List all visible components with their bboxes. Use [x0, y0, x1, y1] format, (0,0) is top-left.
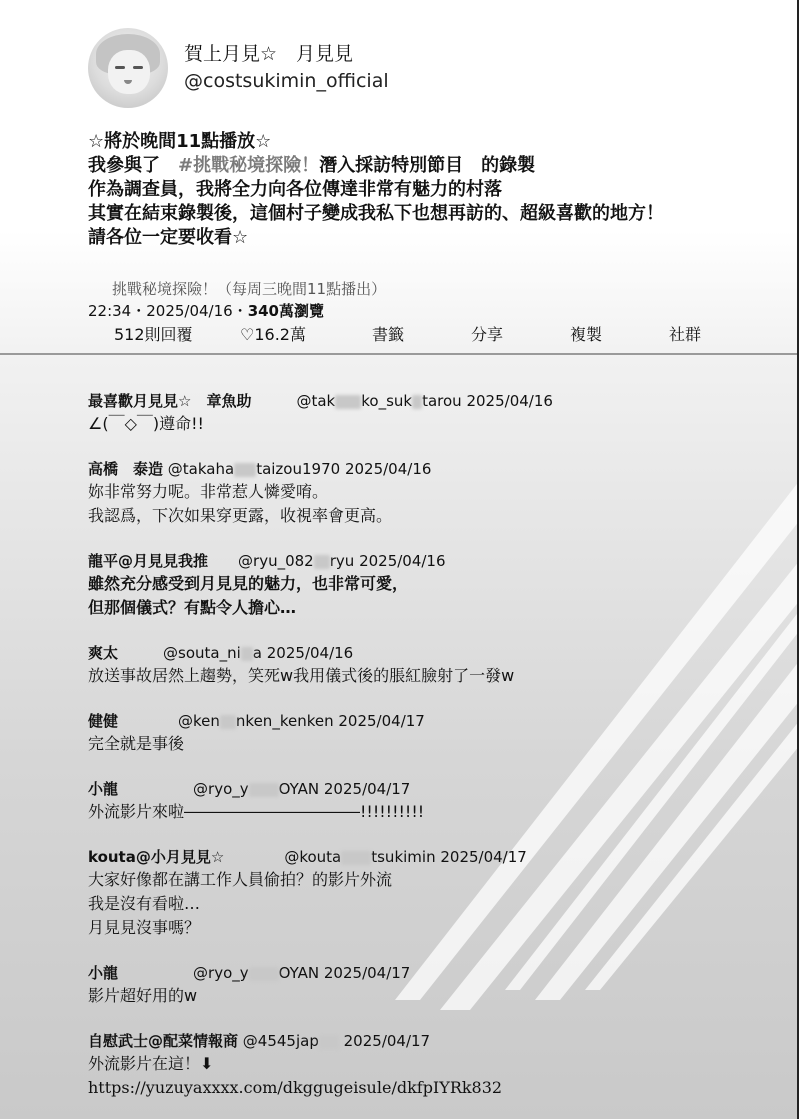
comment: 爽太 @souta_nia 2025/04/16 放送事故居然上趨勢，笑死w我用…: [88, 642, 768, 688]
comment-date: 2025/04/16: [359, 552, 445, 570]
post-line: 請各位一定要收看☆: [88, 226, 664, 250]
program-caption: 挑戰秘境探險！（每周三晚間11點播出）: [112, 278, 386, 299]
commenter-handle[interactable]: @souta_nia: [163, 644, 262, 662]
post-line: ☆將於晚間11點播放☆: [88, 130, 664, 154]
comment: 小龍 @ryo_yOYAN 2025/04/17 外流影片來啦―――――――――…: [88, 778, 768, 824]
replies-button[interactable]: 512則回覆: [114, 322, 193, 345]
comment: 高橋 泰造 @takahataizou1970 2025/04/16 妳非常努力…: [88, 458, 768, 528]
post-body: ☆將於晚間11點播放☆ 我參與了 #挑戰秘境探險！潛入採訪特別節目 的錄製 作為…: [88, 130, 664, 250]
commenter-name[interactable]: 健健: [88, 712, 118, 730]
view-count: 340萬瀏覽: [248, 302, 324, 320]
comment-text: 放送事故居然上趨勢，笑死w我用儀式後的脹紅臉射了一發w: [88, 664, 768, 688]
commenter-handle[interactable]: @ryu_082ryu: [238, 552, 354, 570]
comment-date: 2025/04/16: [267, 644, 353, 662]
community-button[interactable]: 社群: [669, 322, 701, 345]
divider: [0, 353, 797, 355]
comment-list: 最喜歡月見見☆ 章魚助 @takko_suktarou 2025/04/16 ∠…: [88, 390, 768, 1119]
comment-text: 外流影片在這！⬇: [88, 1052, 768, 1076]
user-handle[interactable]: @costsukimin_official: [184, 67, 389, 95]
comment-text: 影片超好用的w: [88, 984, 768, 1008]
comment-date: 2025/04/16: [466, 392, 552, 410]
comment-text: 我是沒有看啦…: [88, 892, 768, 916]
commenter-name[interactable]: 自慰武士@配菜情報商: [88, 1032, 238, 1050]
action-bar: 512則回覆 ♡16.2萬 書籤 分享 複製 社群: [0, 322, 797, 344]
commenter-handle[interactable]: @ryo_yOYAN: [193, 780, 319, 798]
commenter-name[interactable]: 小龍: [88, 964, 118, 982]
comment-text: 外流影片來啦―――――――――――!!!!!!!!!!: [88, 800, 768, 824]
commenter-handle[interactable]: @kennken_kenken: [178, 712, 334, 730]
post-page: 賀上月見☆ 月見見 @costsukimin_official ☆將於晚間11點…: [0, 0, 799, 1119]
comment-text: 我認爲，下次如果穿更露，收視率會更高。: [88, 504, 768, 528]
comment: 自慰武士@配菜情報商 @4545jap 2025/04/17 外流影片在這！⬇ …: [88, 1030, 768, 1100]
comment-text: 月見見沒事嗎？: [88, 916, 768, 940]
commenter-name[interactable]: 爽太: [88, 644, 118, 662]
profile-header: 賀上月見☆ 月見見 @costsukimin_official: [88, 28, 389, 108]
hashtag-link[interactable]: #挑戰秘境探險！: [178, 155, 319, 176]
share-button[interactable]: 分享: [471, 322, 503, 345]
comment-date: 2025/04/17: [338, 712, 424, 730]
commenter-handle[interactable]: @ryo_yOYAN: [193, 964, 319, 982]
comment-text: 大家好像都在講工作人員偷拍？的影片外流: [88, 868, 768, 892]
bookmark-button[interactable]: 書籤: [372, 322, 404, 345]
avatar[interactable]: [88, 28, 168, 108]
post-line: 作為調查員，我將全力向各位傳達非常有魅力的村落: [88, 178, 664, 202]
comment-date: 2025/04/16: [345, 460, 431, 478]
like-button[interactable]: ♡16.2萬: [240, 322, 306, 345]
comment-text: ∠(￣◇￣)遵命!!: [88, 412, 768, 436]
commenter-handle[interactable]: @takko_suktarou: [296, 392, 461, 410]
comment: 龍平@月見見我推 @ryu_082ryu 2025/04/16 雖然充分感受到月…: [88, 550, 768, 620]
post-timestamp: 22:34・2025/04/16・: [88, 302, 248, 320]
comment-text: 妳非常努力呢。非常惹人憐愛唷。: [88, 480, 768, 504]
post-meta: 22:34・2025/04/16・340萬瀏覽: [88, 300, 324, 321]
commenter-name[interactable]: 龍平@月見見我推: [88, 552, 208, 570]
display-name[interactable]: 賀上月見☆ 月見見: [184, 41, 389, 67]
comment: 最喜歡月見見☆ 章魚助 @takko_suktarou 2025/04/16 ∠…: [88, 390, 768, 436]
comment-text: 但那個儀式？有點令人擔心…: [88, 596, 768, 620]
post-line: 其實在結束錄製後，這個村子變成我私下也想再訪的、超級喜歡的地方！: [88, 202, 664, 226]
post-line: 我參與了 #挑戰秘境探險！潛入採訪特別節目 的錄製: [88, 154, 664, 178]
commenter-name[interactable]: 最喜歡月見見☆ 章魚助: [88, 392, 251, 410]
comment-text: 雖然充分感受到月見見的魅力，也非常可愛，: [88, 572, 768, 596]
commenter-name[interactable]: 高橋 泰造: [88, 460, 163, 478]
comment: 健健 @kennken_kenken 2025/04/17 完全就是事後: [88, 710, 768, 756]
commenter-handle[interactable]: @takahataizou1970: [168, 460, 340, 478]
copy-button[interactable]: 複製: [570, 322, 602, 345]
comment-date: 2025/04/17: [324, 964, 410, 982]
commenter-name[interactable]: kouta@小月見見☆: [88, 848, 224, 866]
comment-text: 完全就是事後: [88, 732, 768, 756]
commenter-name[interactable]: 小龍: [88, 780, 118, 798]
commenter-handle[interactable]: @4545jap: [243, 1032, 339, 1050]
comment-link[interactable]: https://yuzuyaxxxx.com/dkggugeisule/dkfp…: [88, 1076, 768, 1100]
comment: 小龍 @ryo_yOYAN 2025/04/17 影片超好用的w: [88, 962, 768, 1008]
comment-date: 2025/04/17: [344, 1032, 430, 1050]
comment-date: 2025/04/17: [440, 848, 526, 866]
comment-date: 2025/04/17: [324, 780, 410, 798]
commenter-handle[interactable]: @koutatsukimin: [284, 848, 435, 866]
comment: kouta@小月見見☆ @koutatsukimin 2025/04/17 大家…: [88, 846, 768, 940]
